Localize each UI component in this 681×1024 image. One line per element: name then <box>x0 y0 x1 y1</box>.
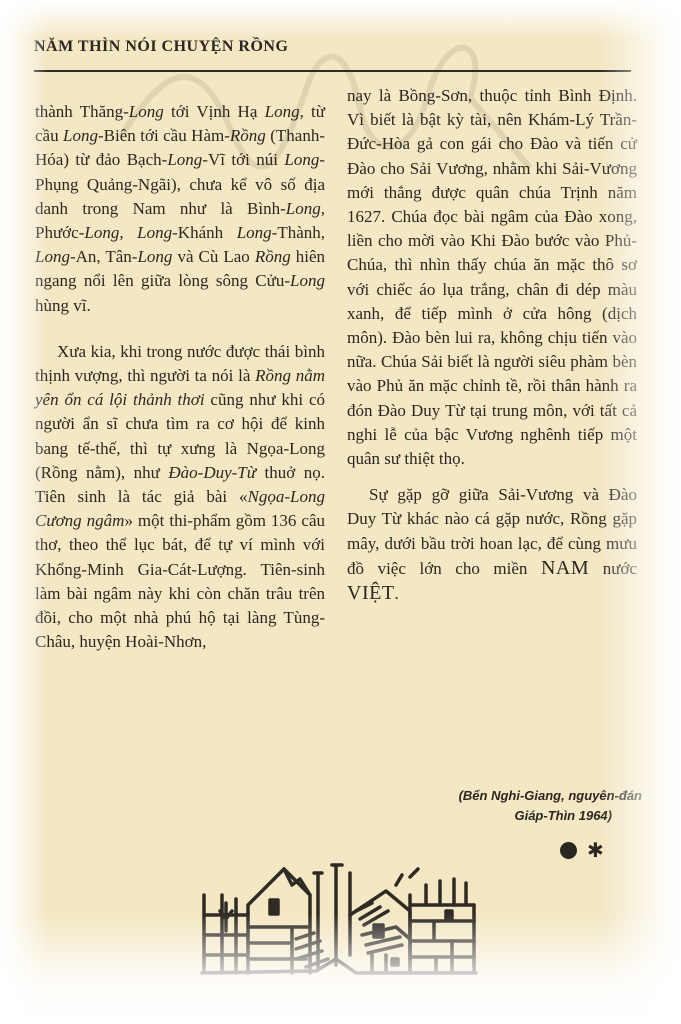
text-run: và Cù Lao <box>172 247 254 266</box>
italic-run: Long <box>290 271 325 290</box>
italic-run: Rồng <box>230 126 266 145</box>
italic-run: Long <box>237 223 272 242</box>
right-paragraph-1: nay là Bồng-Sơn, thuộc tỉnh Bình Định. V… <box>347 84 637 471</box>
signature-line-2: Giáp-Thìn 1964) <box>392 806 642 826</box>
dot-icon <box>560 842 577 859</box>
emphasis-nam: NAM <box>541 557 589 579</box>
text-run: Phước- <box>35 223 84 242</box>
italic-run: Long <box>35 247 70 266</box>
right-paragraph-2-end: . <box>395 584 399 603</box>
right-column: nay là Bồng-Sơn, thuộc tỉnh Bình Định. V… <box>347 84 637 606</box>
text-run: -Khánh <box>172 223 237 242</box>
header-rule <box>34 70 631 72</box>
text-run: -Vĩ tới núi <box>202 150 284 169</box>
signature-line-1: (Bến Nghi-Giang, nguyên-đán <box>392 786 642 806</box>
text-run: -Biên tới cầu Hàm- <box>98 126 230 145</box>
italic-run: Long <box>63 126 98 145</box>
document-page: NĂM THÌN NÓI CHUYỆN RỒNG thành Thăng-Lon… <box>0 0 681 1024</box>
text-run: tới Vịnh Hạ <box>164 102 265 121</box>
page-header-title: NĂM THÌN NÓI CHUYỆN RỒNG <box>34 38 288 56</box>
emphasis-viet: VIỆT <box>347 582 395 604</box>
italic-run: Rồng <box>255 247 291 266</box>
left-paragraph-2: Xưa kia, khi trong nước được thái bình t… <box>35 340 325 655</box>
signature-block: (Bến Nghi-Giang, nguyên-đán Giáp-Thìn 19… <box>392 786 642 826</box>
italic-run: Long, <box>265 102 304 121</box>
left-column: thành Thăng-Long tới Vịnh Hạ Long, từ cầ… <box>35 100 325 654</box>
text-run: thành Thăng- <box>35 102 129 121</box>
italic-run: Long <box>167 150 202 169</box>
text-run: » một thi-phẩm gồm 136 câu thơ, theo thể… <box>35 511 325 651</box>
right-paragraph-2-mid: nước <box>589 559 637 578</box>
italic-run: Long <box>284 150 319 169</box>
right-paragraph-2: Sự gặp gỡ giữa Sải-Vương và Đào Duy Từ k… <box>347 483 637 606</box>
text-run: -Thành, <box>272 223 325 242</box>
italic-run: Long, Long <box>84 223 172 242</box>
star-icon: ✱ <box>587 840 604 860</box>
end-ornament: ✱ <box>560 840 604 860</box>
text-run: -An, Tân- <box>70 247 138 266</box>
italic-run: Đào-Duy-Từ <box>168 463 256 482</box>
italic-run: Long <box>129 102 164 121</box>
left-paragraph-1: thành Thăng-Long tới Vịnh Hạ Long, từ cầ… <box>35 100 325 318</box>
italic-run: Long <box>137 247 172 266</box>
italic-run: Long, <box>286 199 325 218</box>
village-woodcut-illustration <box>196 855 482 985</box>
text-run: hùng vĩ. <box>35 296 91 315</box>
